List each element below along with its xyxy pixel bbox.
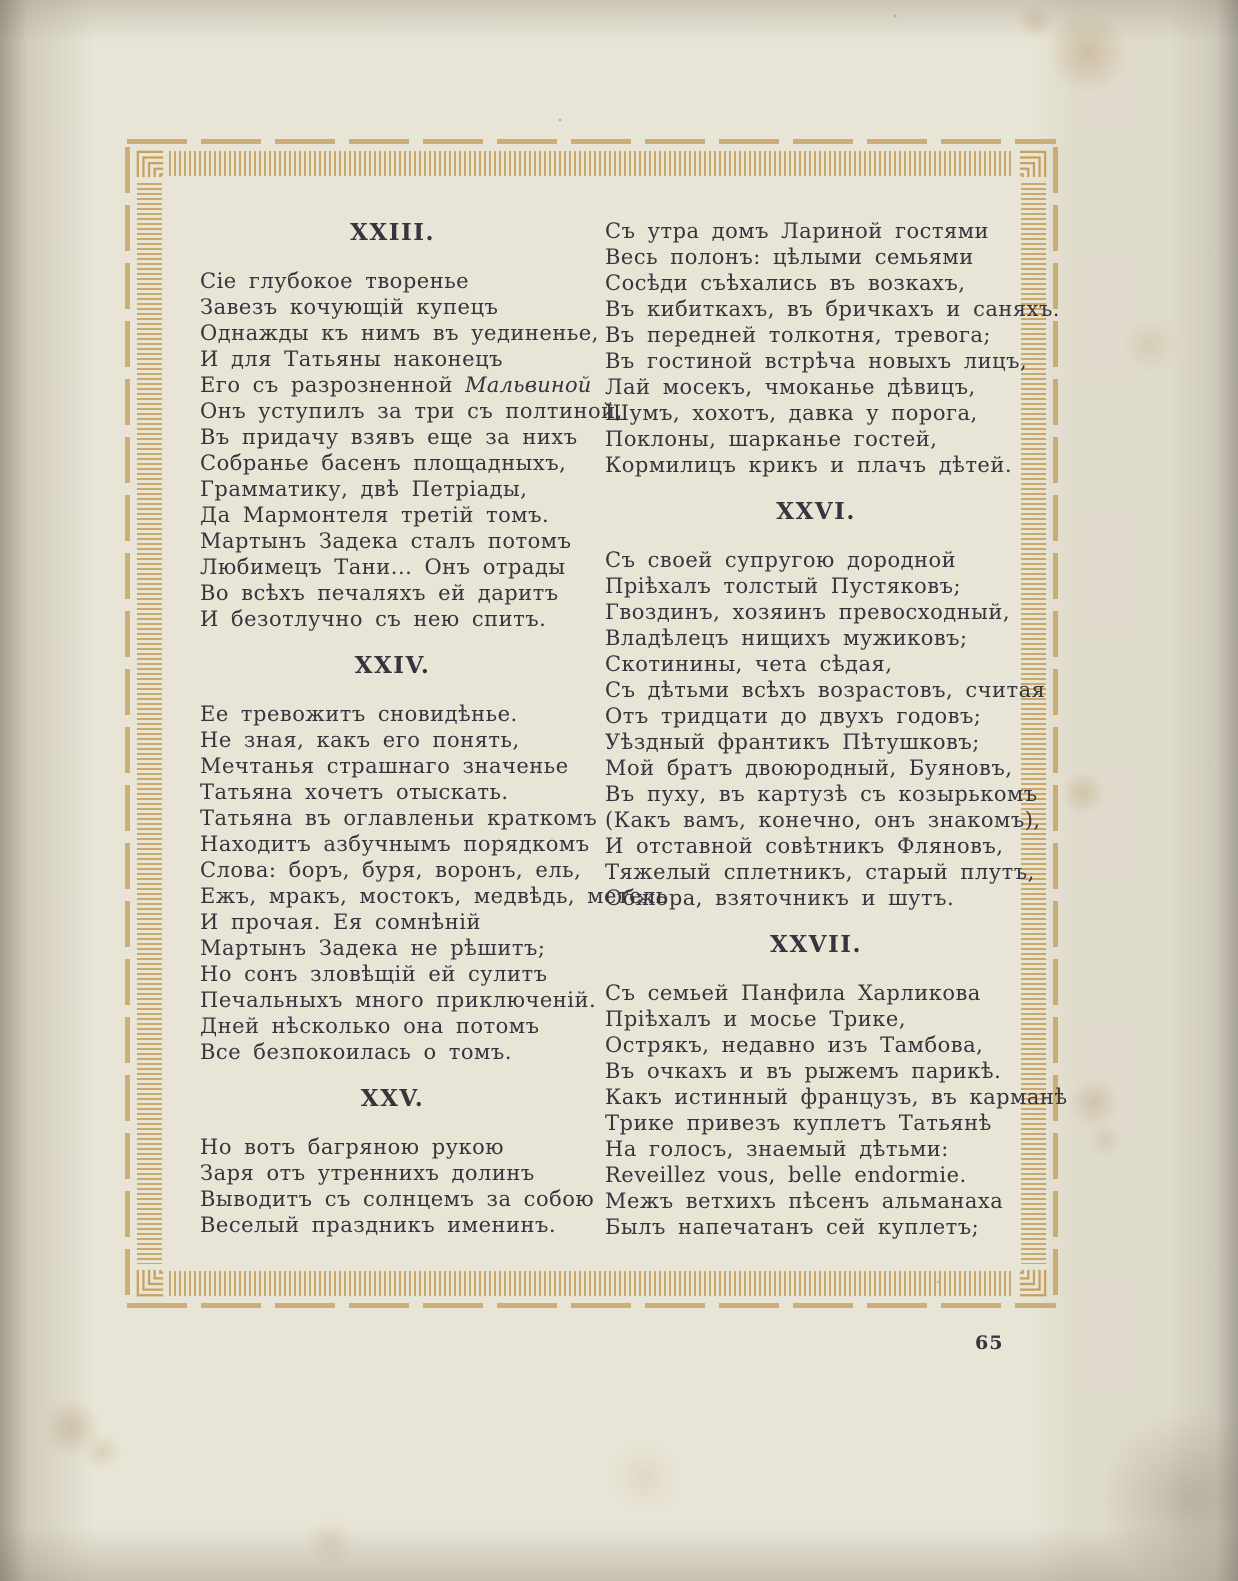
verse-line: Кормилицъ крикъ и плачъ дѣтей. bbox=[605, 452, 1027, 478]
border-comb-top bbox=[169, 151, 1014, 176]
verse-line: Находитъ азбучнымъ порядкомъ bbox=[200, 831, 585, 857]
stanza-heading: XXV. bbox=[200, 1086, 585, 1112]
stanza-heading: XXIII. bbox=[200, 220, 585, 246]
verse-line: (Какъ вамъ, конечно, онъ знакомъ), bbox=[605, 807, 1027, 833]
verse-line: Мой братъ двоюродный, Буяновъ, bbox=[605, 755, 1027, 781]
border-corner-spiral-icon bbox=[1018, 149, 1048, 179]
verse-line: Печальныхъ много приключеній. bbox=[200, 987, 585, 1013]
verse-line: Да Мармонтеля третій томъ. bbox=[200, 502, 585, 528]
stanza: Съ утра домъ Лариной гостямиВесь полонъ:… bbox=[605, 218, 1027, 478]
verse-line: Въ передней толкотня, тревога; bbox=[605, 322, 1027, 348]
verse-line: Но вотъ багряною рукою bbox=[200, 1134, 585, 1160]
border-corner-spiral-icon bbox=[1018, 1268, 1048, 1298]
verse-line: Завезъ кочующій купецъ bbox=[200, 294, 585, 320]
border-corner-spiral-icon bbox=[135, 1268, 165, 1298]
verse-line: Съ семьей Панфила Харликова bbox=[605, 980, 1027, 1006]
verse-line: Въ пуху, въ картузѣ съ козырькомъ bbox=[605, 781, 1027, 807]
verse-line: Мартынъ Задека не рѣшитъ; bbox=[200, 935, 585, 961]
verse-line: Однажды къ нимъ въ уединенье, bbox=[200, 320, 585, 346]
stanza: Ее тревожитъ сновидѣнье.Не зная, какъ ег… bbox=[200, 701, 585, 1065]
verse-line: Поклоны, шарканье гостей, bbox=[605, 426, 1027, 452]
poem-column-left: XXIII.Сіе глубокое твореньеЗавезъ кочующ… bbox=[200, 220, 585, 1238]
stanza: Но вотъ багряною рукоюЗаря отъ утреннихъ… bbox=[200, 1134, 585, 1238]
verse-line: Трике привезъ куплетъ Татьянѣ bbox=[605, 1110, 1027, 1136]
border-dash-top bbox=[127, 139, 1056, 144]
verse-line: Съ дѣтьми всѣхъ возрастовъ, считая bbox=[605, 677, 1027, 703]
verse-line: Межъ ветхихъ пѣсенъ альманаха bbox=[605, 1188, 1027, 1214]
verse-line: Онъ уступилъ за три съ полтиной, bbox=[200, 398, 585, 424]
verse-line: Reveillez vous, belle endormie. bbox=[605, 1162, 1027, 1188]
verse-line: Владѣлецъ нищихъ мужиковъ; bbox=[605, 625, 1027, 651]
verse-line: Тяжелый сплетникъ, старый плутъ, bbox=[605, 859, 1027, 885]
verse-line: Не зная, какъ его понять, bbox=[200, 727, 585, 753]
verse-line: Мечтанья страшнаго значенье bbox=[200, 753, 585, 779]
verse-line: Весь полонъ: цѣлыми семьями bbox=[605, 244, 1027, 270]
verse-line: Дней нѣсколько она потомъ bbox=[200, 1013, 585, 1039]
verse-line: Обжора, взяточникъ и шутъ. bbox=[605, 885, 1027, 911]
verse-line: Скотинины, чета сѣдая, bbox=[605, 651, 1027, 677]
page-number: 65 bbox=[975, 1332, 1003, 1354]
stanza: Съ своей супругою дороднойПріѣхалъ толст… bbox=[605, 547, 1027, 911]
verse-line: Веселый праздникъ именинъ. bbox=[200, 1212, 585, 1238]
book-page-scan: { "colors": { "paper": "#e9e5d6", "ink":… bbox=[0, 0, 1238, 1581]
verse-line: Собранье басенъ площадныхъ, bbox=[200, 450, 585, 476]
verse-line: Въ гостиной встрѣча новыхъ лицъ, bbox=[605, 348, 1027, 374]
stanza-heading: XXVI. bbox=[605, 499, 1027, 525]
poem-column-right: Съ утра домъ Лариной гостямиВесь полонъ:… bbox=[605, 218, 1027, 1240]
verse-line: Грамматику, двѣ Петріады, bbox=[200, 476, 585, 502]
verse-line: Какъ истинный французъ, въ карманѣ bbox=[605, 1084, 1027, 1110]
verse-line: Татьяна въ оглавленьи краткомъ bbox=[200, 805, 585, 831]
verse-line: Сосѣди съѣхались въ возкахъ, bbox=[605, 270, 1027, 296]
stanza-heading: XXVII. bbox=[605, 932, 1027, 958]
border-dash-left bbox=[125, 147, 130, 1300]
verse-line: Съ своей супругою дородной bbox=[605, 547, 1027, 573]
border-comb-bottom bbox=[169, 1271, 1014, 1296]
verse-line: Пріѣхалъ и мосье Трике, bbox=[605, 1006, 1027, 1032]
verse-line: Уѣздный франтикъ Пѣтушковъ; bbox=[605, 729, 1027, 755]
verse-line: Во всѣхъ печаляхъ ей даритъ bbox=[200, 580, 585, 606]
verse-line: Мартынъ Задека сталъ потомъ bbox=[200, 528, 585, 554]
verse-line: Въ очкахъ и въ рыжемъ парикѣ. bbox=[605, 1058, 1027, 1084]
border-dash-bottom bbox=[127, 1303, 1056, 1308]
verse-line: Отъ тридцати до двухъ годовъ; bbox=[605, 703, 1027, 729]
verse-line: Съ утра домъ Лариной гостями bbox=[605, 218, 1027, 244]
verse-line: И прочая. Ея сомнѣній bbox=[200, 909, 585, 935]
verse-line: Пріѣхалъ толстый Пустяковъ; bbox=[605, 573, 1027, 599]
verse-line: Лай мосекъ, чмоканье дѣвицъ, bbox=[605, 374, 1027, 400]
verse-line: Слова: боръ, буря, воронъ, ель, bbox=[200, 857, 585, 883]
verse-line: Ее тревожитъ сновидѣнье. bbox=[200, 701, 585, 727]
verse-line: Гвоздинъ, хозяинъ превосходный, bbox=[605, 599, 1027, 625]
verse-line: Сіе глубокое творенье bbox=[200, 268, 585, 294]
verse-line: Въ придачу взявъ еще за нихъ bbox=[200, 424, 585, 450]
stanza-heading: XXIV. bbox=[200, 653, 585, 679]
verse-line: Все безпокоилась о томъ. bbox=[200, 1039, 585, 1065]
verse-line: И безотлучно съ нею спитъ. bbox=[200, 606, 585, 632]
verse-line: Ежъ, мракъ, мостокъ, медвѣдь, метель bbox=[200, 883, 585, 909]
verse-line: Любимецъ Тани... Онъ отрады bbox=[200, 554, 585, 580]
verse-line: Шумъ, хохотъ, давка у порога, bbox=[605, 400, 1027, 426]
verse-line: Острякъ, недавно изъ Тамбова, bbox=[605, 1032, 1027, 1058]
verse-line: Но сонъ зловѣщій ей сулитъ bbox=[200, 961, 585, 987]
border-comb-left bbox=[137, 183, 162, 1264]
verse-line: На голосъ, знаемый дѣтьми: bbox=[605, 1136, 1027, 1162]
stanza: Съ семьей Панфила ХарликоваПріѣхалъ и мо… bbox=[605, 980, 1027, 1240]
verse-line: Татьяна хочетъ отыскать. bbox=[200, 779, 585, 805]
verse-line: И отставной совѣтникъ Фляновъ, bbox=[605, 833, 1027, 859]
stanza: Сіе глубокое твореньеЗавезъ кочующій куп… bbox=[200, 268, 585, 632]
verse-line: Его съ разрозненной Мальвиной bbox=[200, 372, 585, 398]
border-corner-spiral-icon bbox=[135, 149, 165, 179]
verse-line: Заря отъ утреннихъ долинъ bbox=[200, 1160, 585, 1186]
verse-line: И для Татьяны наконецъ bbox=[200, 346, 585, 372]
verse-line: Выводитъ съ солнцемъ за собою bbox=[200, 1186, 585, 1212]
verse-line: Въ кибиткахъ, въ бричкахъ и саняхъ. bbox=[605, 296, 1027, 322]
verse-line: Былъ напечатанъ сей куплетъ; bbox=[605, 1214, 1027, 1240]
